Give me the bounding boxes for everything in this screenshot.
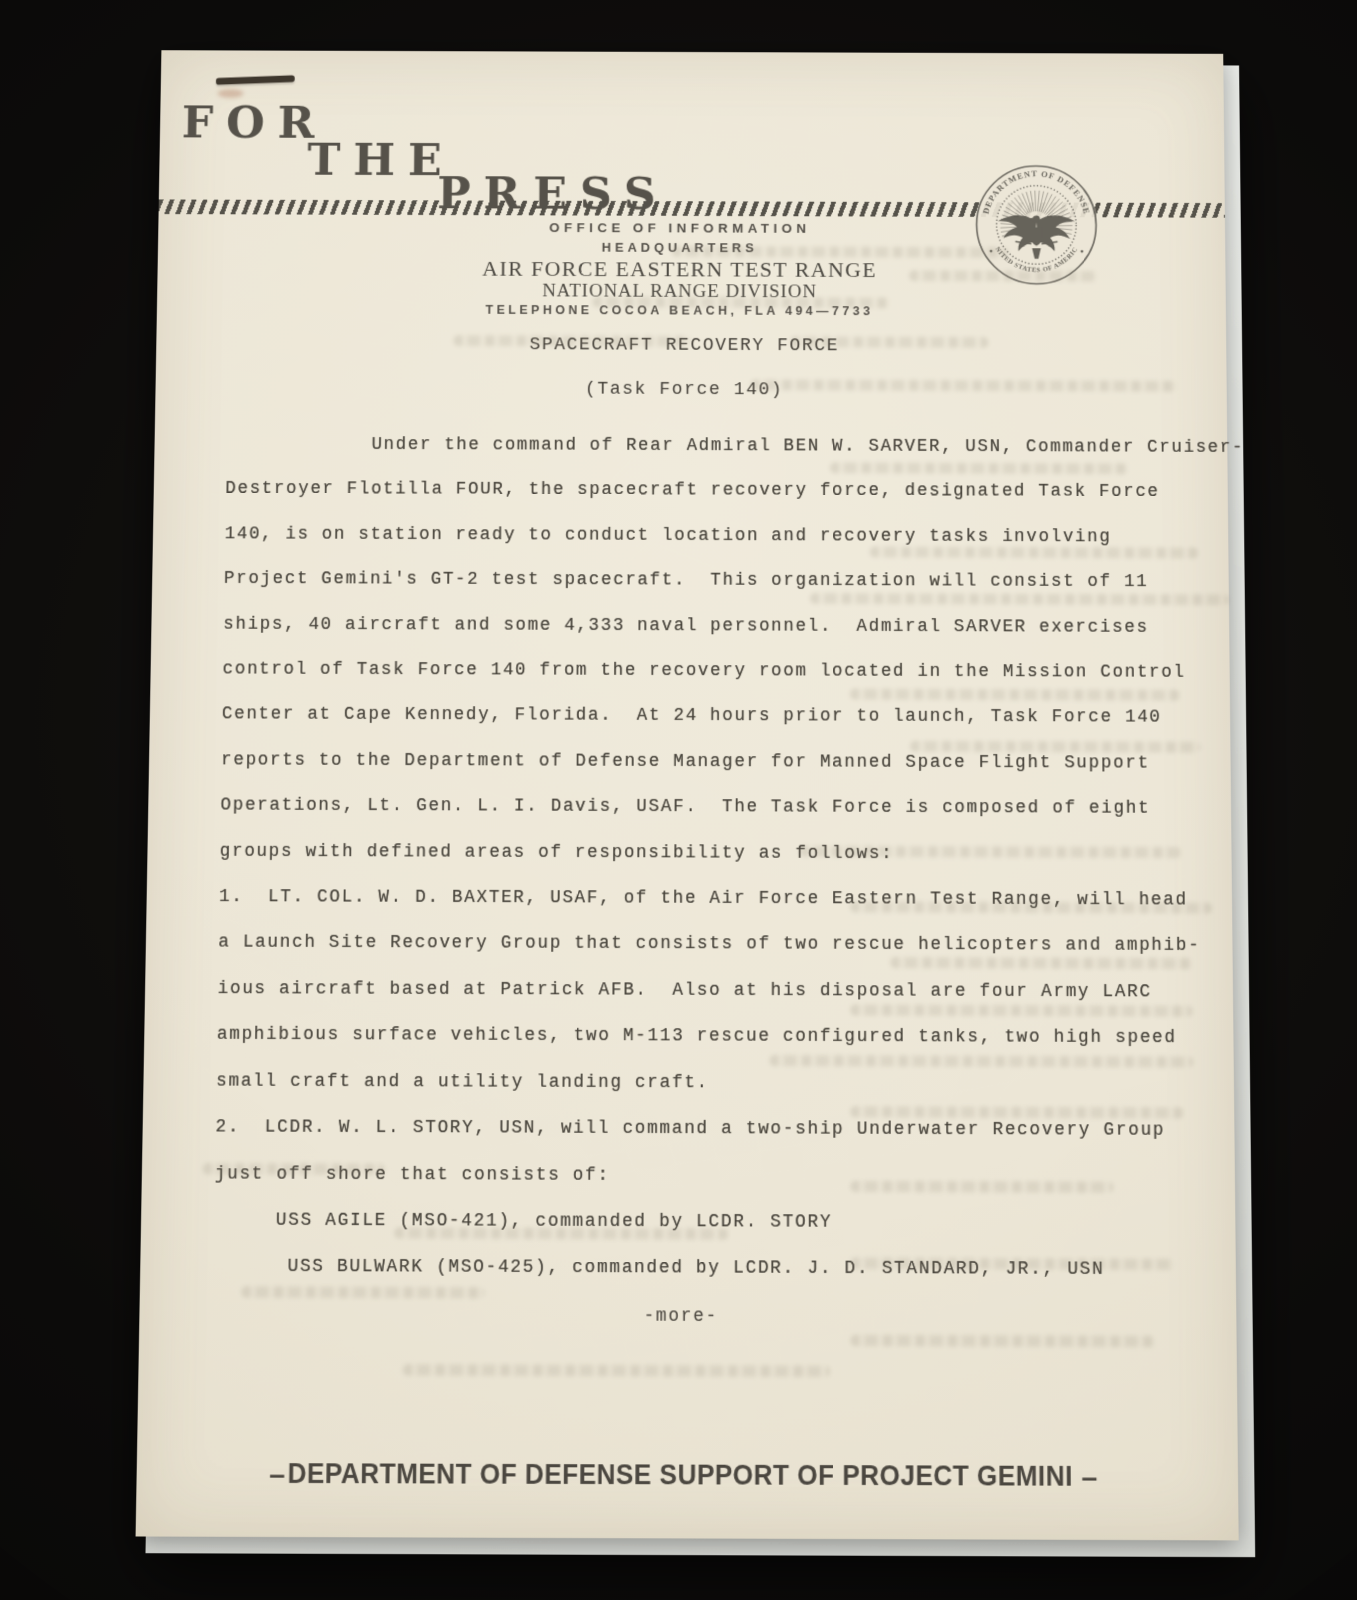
bleed-through-smudge bbox=[769, 1055, 1193, 1068]
bleed-through-smudge bbox=[850, 1181, 1113, 1193]
typed-line: USS AGILE (MSO-421), commanded by LCDR. … bbox=[214, 1198, 1253, 1248]
bleed-through-smudge bbox=[672, 246, 1008, 258]
masthead-word-for: FOR bbox=[181, 97, 327, 149]
bleed-through-smudge bbox=[810, 593, 1229, 605]
dod-seal: DEPARTMENT OF DEFENSE UNITED STATES OF A… bbox=[974, 163, 1099, 286]
bleed-through-smudge bbox=[751, 379, 1178, 391]
footer-text: DEPARTMENT OF DEFENSE SUPPORT OF PROJECT… bbox=[164, 1458, 1197, 1494]
typed-line: 1. LT. COL. W. D. BAXTER, USAF, of the A… bbox=[219, 875, 1250, 924]
footer-dash-right: – bbox=[1081, 1461, 1097, 1494]
paper-stack: FOR THE PRESS OFFICE OF INFORMATION HEAD… bbox=[136, 50, 1239, 1540]
bleed-through-smudge bbox=[203, 1163, 385, 1175]
bleed-through-smudge bbox=[870, 546, 1199, 558]
bleed-through-smudge bbox=[790, 336, 988, 347]
bleed-through-smudge bbox=[890, 957, 1192, 969]
bleed-through-smudge bbox=[800, 846, 1181, 858]
typed-line: ships, 40 aircraft and some 4,333 naval … bbox=[223, 602, 1246, 651]
bleed-through-smudge bbox=[850, 1258, 1175, 1270]
photo-background: FOR THE PRESS OFFICE OF INFORMATION HEAD… bbox=[0, 0, 1357, 1600]
bleed-through-smudge bbox=[241, 1286, 485, 1298]
typed-line: Operations, Lt. Gen. L. I. Davis, USAF. … bbox=[220, 784, 1248, 833]
bleed-through-smudge bbox=[850, 1004, 1193, 1016]
bleed-through-smudge bbox=[403, 1364, 830, 1377]
press-release-page: FOR THE PRESS OFFICE OF INFORMATION HEAD… bbox=[136, 50, 1239, 1540]
typed-line: just off shore that consists of: bbox=[214, 1151, 1252, 1201]
dod-seal-graphic: DEPARTMENT OF DEFENSE UNITED STATES OF A… bbox=[974, 163, 1099, 286]
bleed-through-smudge bbox=[850, 1335, 1155, 1347]
bleed-through-smudge bbox=[394, 1227, 729, 1239]
bleed-through-smudge bbox=[453, 335, 691, 347]
bleed-through-smudge bbox=[850, 901, 1212, 913]
bleed-through-smudge bbox=[909, 270, 1097, 281]
bleed-through-smudge bbox=[910, 741, 1200, 753]
page-footer: – DEPARTMENT OF DEFENSE SUPPORT OF PROJE… bbox=[136, 1457, 1238, 1502]
staple bbox=[216, 75, 295, 85]
bleed-through-smudge bbox=[592, 297, 889, 309]
typed-line: Destroyer Flotilla FOUR, the spacecraft … bbox=[225, 468, 1245, 516]
bleed-through-smudge bbox=[830, 462, 1128, 474]
bleed-through-smudge bbox=[850, 1106, 1184, 1118]
more-marker: -more- bbox=[139, 1304, 1222, 1328]
typed-line: amphibious surface vehicles, two M-113 r… bbox=[217, 1013, 1251, 1063]
masthead-word-the: THE bbox=[307, 134, 455, 186]
bleed-through-smudge bbox=[850, 689, 1180, 701]
